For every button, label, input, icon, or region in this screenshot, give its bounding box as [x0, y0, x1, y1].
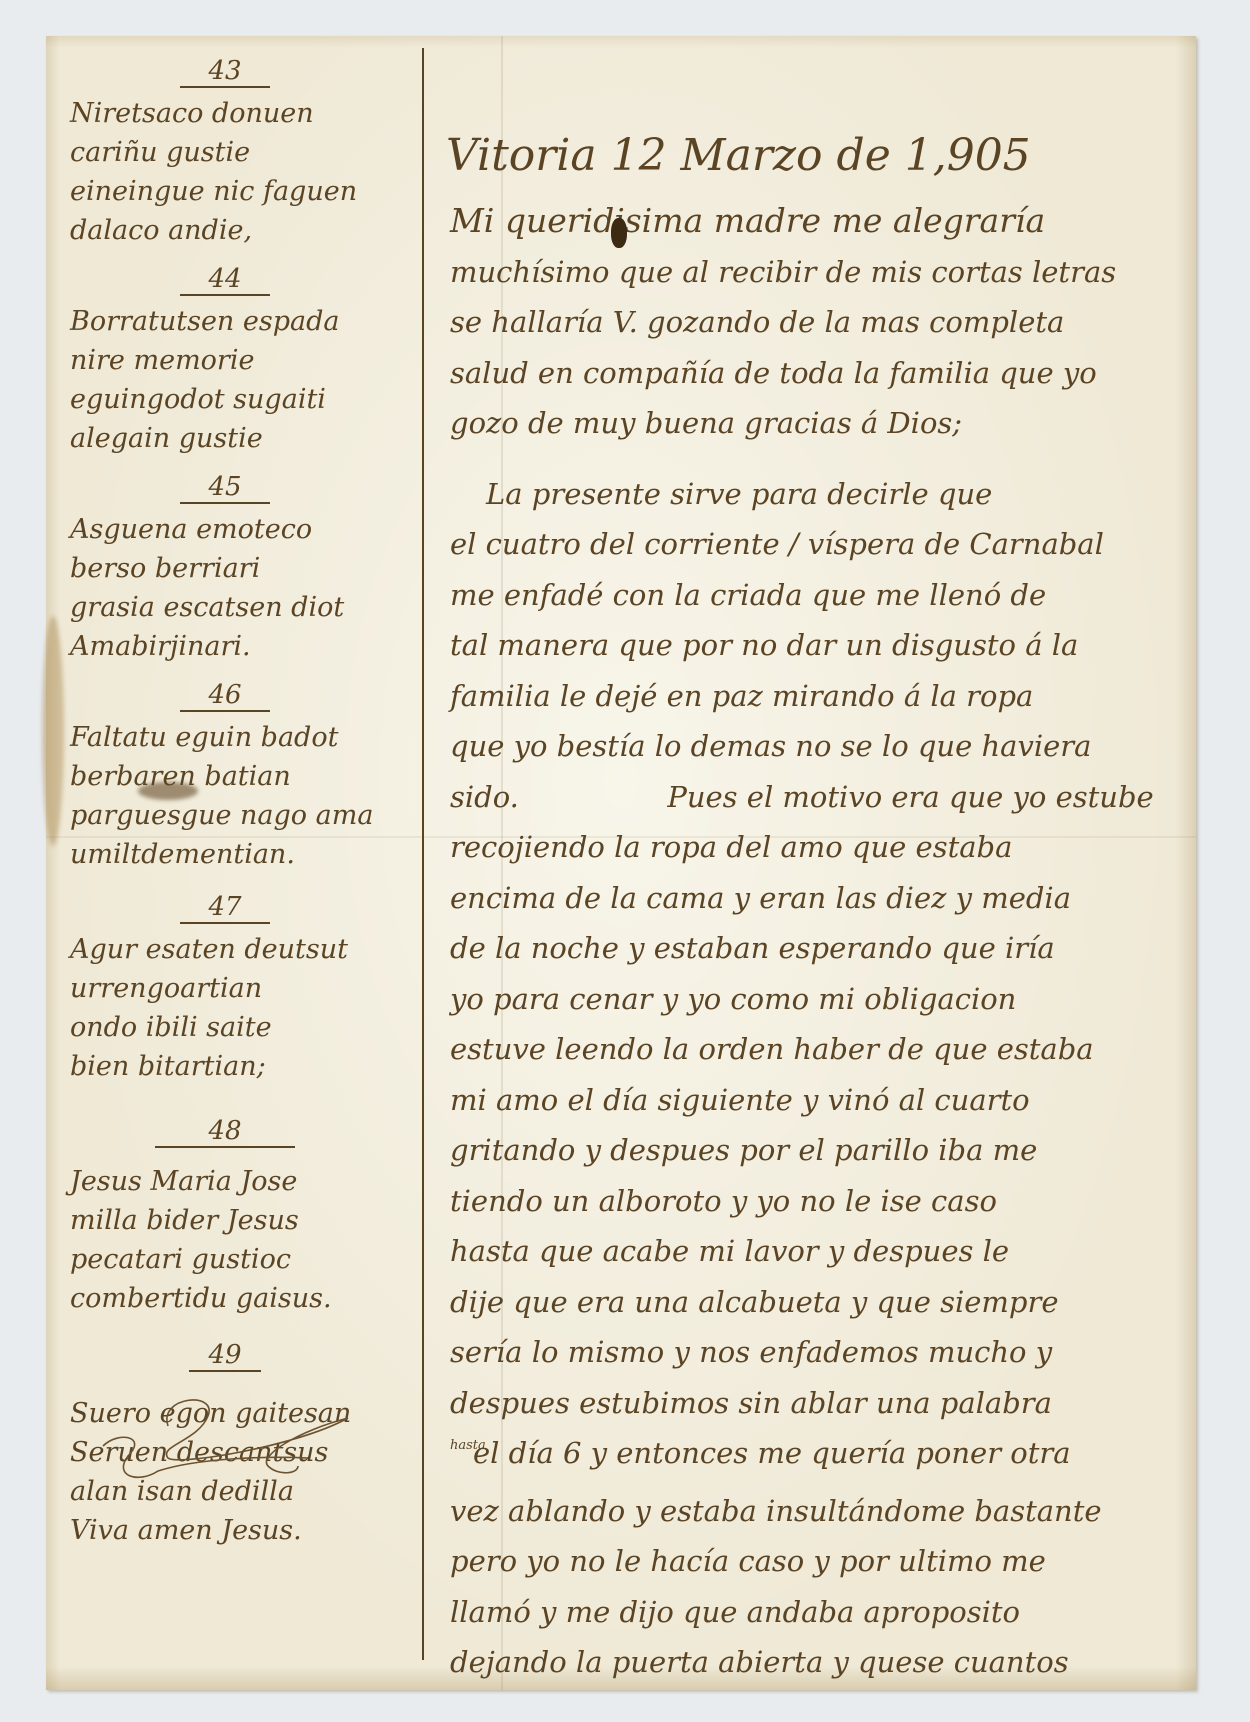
- stanza-number: 47: [180, 892, 270, 924]
- ink-blot: [611, 218, 627, 248]
- verse-line: nire memorie: [70, 341, 420, 380]
- closing-flourish: [98, 1396, 358, 1486]
- stanza-45: 45 Asguena emoteco berso berriari grasia…: [70, 472, 420, 666]
- verse-line: pecatari gustioc: [70, 1240, 420, 1279]
- letter-line: hasta que acabe mi lavor y despues le: [436, 1226, 1176, 1277]
- verse-line: bien bitartian;: [70, 1047, 420, 1086]
- letter-dateline: Vitoria 12 Marzo de 1,905: [436, 76, 1176, 196]
- letter-line: gozo de muy buena gracias á Dios;: [436, 398, 1176, 449]
- verse-line: alegain gustie: [70, 419, 420, 458]
- verse-line: parguesgue nago ama: [70, 796, 420, 835]
- verse-line: berbaren batian: [70, 757, 420, 796]
- verse-line: milla bider Jesus: [70, 1201, 420, 1240]
- verse-line: Asguena emoteco: [70, 510, 420, 549]
- letter-line: encima de la cama y eran las diez y medi…: [436, 873, 1176, 924]
- paragraph-start: Pues el motivo era que yo estube: [667, 780, 1153, 814]
- letter-line: despues estubimos sin ablar una palabra: [436, 1378, 1176, 1429]
- verse-line: Borratutsen espada: [70, 302, 420, 341]
- letter-sheet: 43 Niretsaco donuen cariñu gustie einein…: [46, 36, 1196, 1690]
- verse-line: umiltdementian.: [70, 835, 420, 874]
- letter-line: salud en compañía de toda la familia que…: [436, 348, 1176, 399]
- letter-line: sería lo mismo y nos enfademos mucho y: [436, 1327, 1176, 1378]
- letter-line: mi amo el día siguiente y vinó al cuarto: [436, 1075, 1176, 1126]
- letter-line: hasta el día 6 y entonces me quería pone…: [436, 1428, 1176, 1486]
- stanza-number: 49: [189, 1340, 261, 1372]
- letter-line: estuve leendo la orden haber de que esta…: [436, 1024, 1176, 1075]
- letter-line: recojiendo la ropa del amo que estaba: [436, 822, 1176, 873]
- water-stain: [42, 616, 64, 846]
- verse-line: Agur esaten deutsut: [70, 930, 420, 969]
- stanza-number: 45: [180, 472, 270, 504]
- verse-line: grasia escatsen diot: [70, 588, 420, 627]
- verse-line: Viva amen Jesus.: [70, 1511, 420, 1550]
- verse-line: eguingodot sugaiti: [70, 380, 420, 419]
- verse-line: Amabirjinari.: [70, 627, 420, 666]
- letter-line: vez ablando y estaba insultándome bastan…: [436, 1486, 1176, 1537]
- stanza-48: 48 Jesus Maria Jose milla bider Jesus pe…: [70, 1116, 420, 1318]
- letter-line: familia le dejé en paz mirando á la ropa: [436, 671, 1176, 722]
- verse-line: cariñu gustie: [70, 133, 420, 172]
- stanza-43: 43 Niretsaco donuen cariñu gustie einein…: [70, 56, 420, 250]
- stanza-number: 46: [180, 680, 270, 712]
- letter-body: Vitoria 12 Marzo de 1,905 Mi queridisima…: [436, 76, 1176, 1688]
- verse-line: Jesus Maria Jose: [70, 1162, 420, 1201]
- letter-line: La presente sirve para decirle que: [436, 469, 1176, 520]
- verse-line: eineingue nic faguen: [70, 172, 420, 211]
- letter-line: gritando y despues por el parillo iba me: [436, 1125, 1176, 1176]
- letter-line: de la noche y estaban esperando que iría: [436, 923, 1176, 974]
- letter-line: Mi queridisima madre me alegraría: [436, 196, 1176, 247]
- letter-line: tiendo un alboroto y yo no le ise caso: [436, 1176, 1176, 1227]
- column-divider-rule: [422, 48, 424, 1660]
- letter-line-end: sido.: [450, 780, 519, 814]
- stanza-44: 44 Borratutsen espada nire memorie eguin…: [70, 264, 420, 458]
- letter-line: dejando la puerta abierta y quese cuanto…: [436, 1637, 1176, 1688]
- letter-line: sido. Pues el motivo era que yo estube: [436, 772, 1176, 823]
- verse-line: Niretsaco donuen: [70, 94, 420, 133]
- letter-line: pero yo no le hacía caso y por ultimo me: [436, 1536, 1176, 1587]
- stanza-47: 47 Agur esaten deutsut urrengoartian ond…: [70, 892, 420, 1086]
- stanza-number: 48: [155, 1116, 295, 1148]
- verse-line: urrengoartian: [70, 969, 420, 1008]
- stanza-number: 43: [180, 56, 270, 88]
- verse-column: 43 Niretsaco donuen cariñu gustie einein…: [70, 56, 420, 1564]
- stanza-46: 46 Faltatu eguin badot berbaren batian p…: [70, 680, 420, 874]
- letter-line: tal manera que por no dar un disgusto á …: [436, 620, 1176, 671]
- letter-line: que yo bestía lo demas no se lo que havi…: [436, 721, 1176, 772]
- letter-line: yo para cenar y yo como mi obligacion: [436, 974, 1176, 1025]
- verse-line: combertidu gaisus.: [70, 1279, 420, 1318]
- stanza-number: 44: [180, 264, 270, 296]
- letter-line: se hallaría V. gozando de la mas complet…: [436, 297, 1176, 348]
- interlinear-note: hasta: [450, 1438, 486, 1453]
- letter-line: el cuatro del corriente / víspera de Car…: [436, 519, 1176, 570]
- letter-line: llamó y me dijo que andaba aproposito: [436, 1587, 1176, 1638]
- verse-line: ondo ibili saite: [70, 1008, 420, 1047]
- letter-line: me enfadé con la criada que me llenó de: [436, 570, 1176, 621]
- verse-line: dalaco andie,: [70, 211, 420, 250]
- letter-line: dije que era una alcabueta y que siempre: [436, 1277, 1176, 1328]
- letter-line-text: el día 6 y entonces me quería poner otra: [473, 1436, 1071, 1470]
- verse-line: Faltatu eguin badot: [70, 718, 420, 757]
- verse-line: berso berriari: [70, 549, 420, 588]
- letter-line: muchísimo que al recibir de mis cortas l…: [436, 247, 1176, 298]
